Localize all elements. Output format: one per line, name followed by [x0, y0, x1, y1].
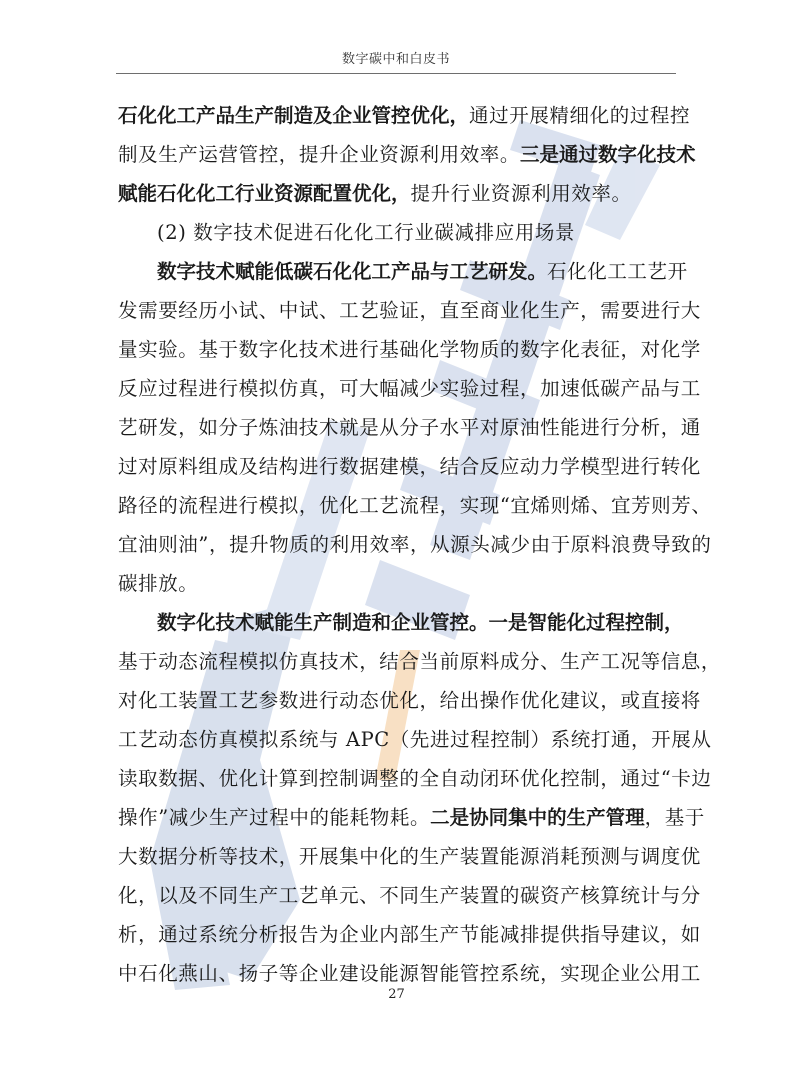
paragraph-resource-optimization: 石化化工产品生产制造及企业管控优化，通过开展精细化的过程控 制及生产运营管控，提…: [118, 96, 674, 213]
text-line: 大数据分析等技术，开展集中化的生产装置能源消耗预测与调度优: [118, 837, 674, 876]
document-body: 石化化工产品生产制造及企业管控优化，通过开展精细化的过程控 制及生产运营管控，提…: [118, 96, 674, 993]
text-run: 制及生产运营管控，提升企业资源利用效率。: [118, 143, 520, 166]
text-line: 对化工装置工艺参数进行动态优化，给出操作优化建议，或直接将: [118, 681, 674, 720]
text-line: 石化化工产品生产制造及企业管控优化，通过开展精细化的过程控: [118, 96, 674, 135]
text-run: 石化化工工艺开: [547, 260, 688, 283]
text-line: 艺研发，如分子炼油技术就是从分子水平对原油性能进行分析，通: [118, 408, 674, 447]
text-line: 发需要经历小试、中试、工艺验证，直至商业化生产，需要进行大: [118, 291, 674, 330]
running-header: 数字碳中和白皮书: [116, 48, 676, 74]
text-run: 提升行业资源利用效率。: [411, 182, 632, 205]
text-line: 化，以及不同生产工艺单元、不同生产装置的碳资产核算统计与分: [118, 876, 674, 915]
text-line: 过对原料组成及结构进行数据建模，结合反应动力学模型进行转化: [118, 447, 674, 486]
bold-phrase: 赋能石化化工行业资源配置优化，: [118, 182, 411, 205]
header-title: 数字碳中和白皮书: [342, 48, 450, 67]
bold-phrase: 数字技术赋能低碳石化化工产品与工艺研发。: [157, 260, 547, 283]
text-run: 通过开展精细化的过程控: [469, 104, 690, 127]
text-line: 制及生产运营管控，提升企业资源利用效率。三是通过数字化技术: [118, 135, 674, 174]
text-line: 路径的流程进行模拟，优化工艺流程，实现“宜烯则烯、宜芳则芳、: [118, 486, 674, 525]
text-line: 宜油则油”，提升物质的利用效率，从源头减少由于原料浪费导致的: [118, 525, 674, 564]
bold-phrase: 数字化技术赋能生产制造和企业管控。一是智能化过程控制，: [157, 611, 684, 634]
section-heading: (2) 数字技术促进石化化工行业碳减排应用场景: [118, 213, 674, 252]
text-line: 量实验。基于数字化技术进行基础化学物质的数字化表征，对化学: [118, 330, 674, 369]
text-line: 碳排放。: [118, 564, 674, 603]
text-run: 操作”减少生产过程中的能耗物耗。: [118, 806, 430, 829]
text-line: 工艺动态仿真模拟系统与 APC（先进过程控制）系统打通，开展从: [118, 720, 674, 759]
subsection-title: (2) 数字技术促进石化化工行业碳减排应用场景: [118, 213, 674, 252]
paragraph-product-rd: 数字技术赋能低碳石化化工产品与工艺研发。石化化工工艺开 发需要经历小试、中试、工…: [118, 252, 674, 603]
text-line: 操作”减少生产过程中的能耗物耗。二是协同集中的生产管理，基于: [118, 798, 674, 837]
text-run: ，基于: [645, 806, 705, 829]
bold-phrase: 二是协同集中的生产管理: [430, 806, 645, 829]
text-line: 赋能石化化工行业资源配置优化，提升行业资源利用效率。: [118, 174, 674, 213]
text-line: 反应过程进行模拟仿真，可大幅减少实验过程，加速低碳产品与工: [118, 369, 674, 408]
text-line: 基于动态流程模拟仿真技术，结合当前原料成分、生产工况等信息，: [118, 642, 674, 681]
bold-phrase: 石化化工产品生产制造及企业管控优化，: [118, 104, 469, 127]
text-line: 读取数据、优化计算到控制调整的全自动闭环优化控制，通过“卡边: [118, 759, 674, 798]
bold-phrase: 三是通过数字化技术: [520, 143, 696, 166]
text-line: 数字化技术赋能生产制造和企业管控。一是智能化过程控制，: [118, 603, 674, 642]
paragraph-manufacturing-control: 数字化技术赋能生产制造和企业管控。一是智能化过程控制， 基于动态流程模拟仿真技术…: [118, 603, 674, 993]
text-line: 析，通过系统分析报告为企业内部生产节能减排提供指导建议，如: [118, 915, 674, 954]
header-divider: [116, 73, 676, 74]
text-line: 数字技术赋能低碳石化化工产品与工艺研发。石化化工工艺开: [118, 252, 674, 291]
page-number: 27: [0, 987, 793, 1002]
